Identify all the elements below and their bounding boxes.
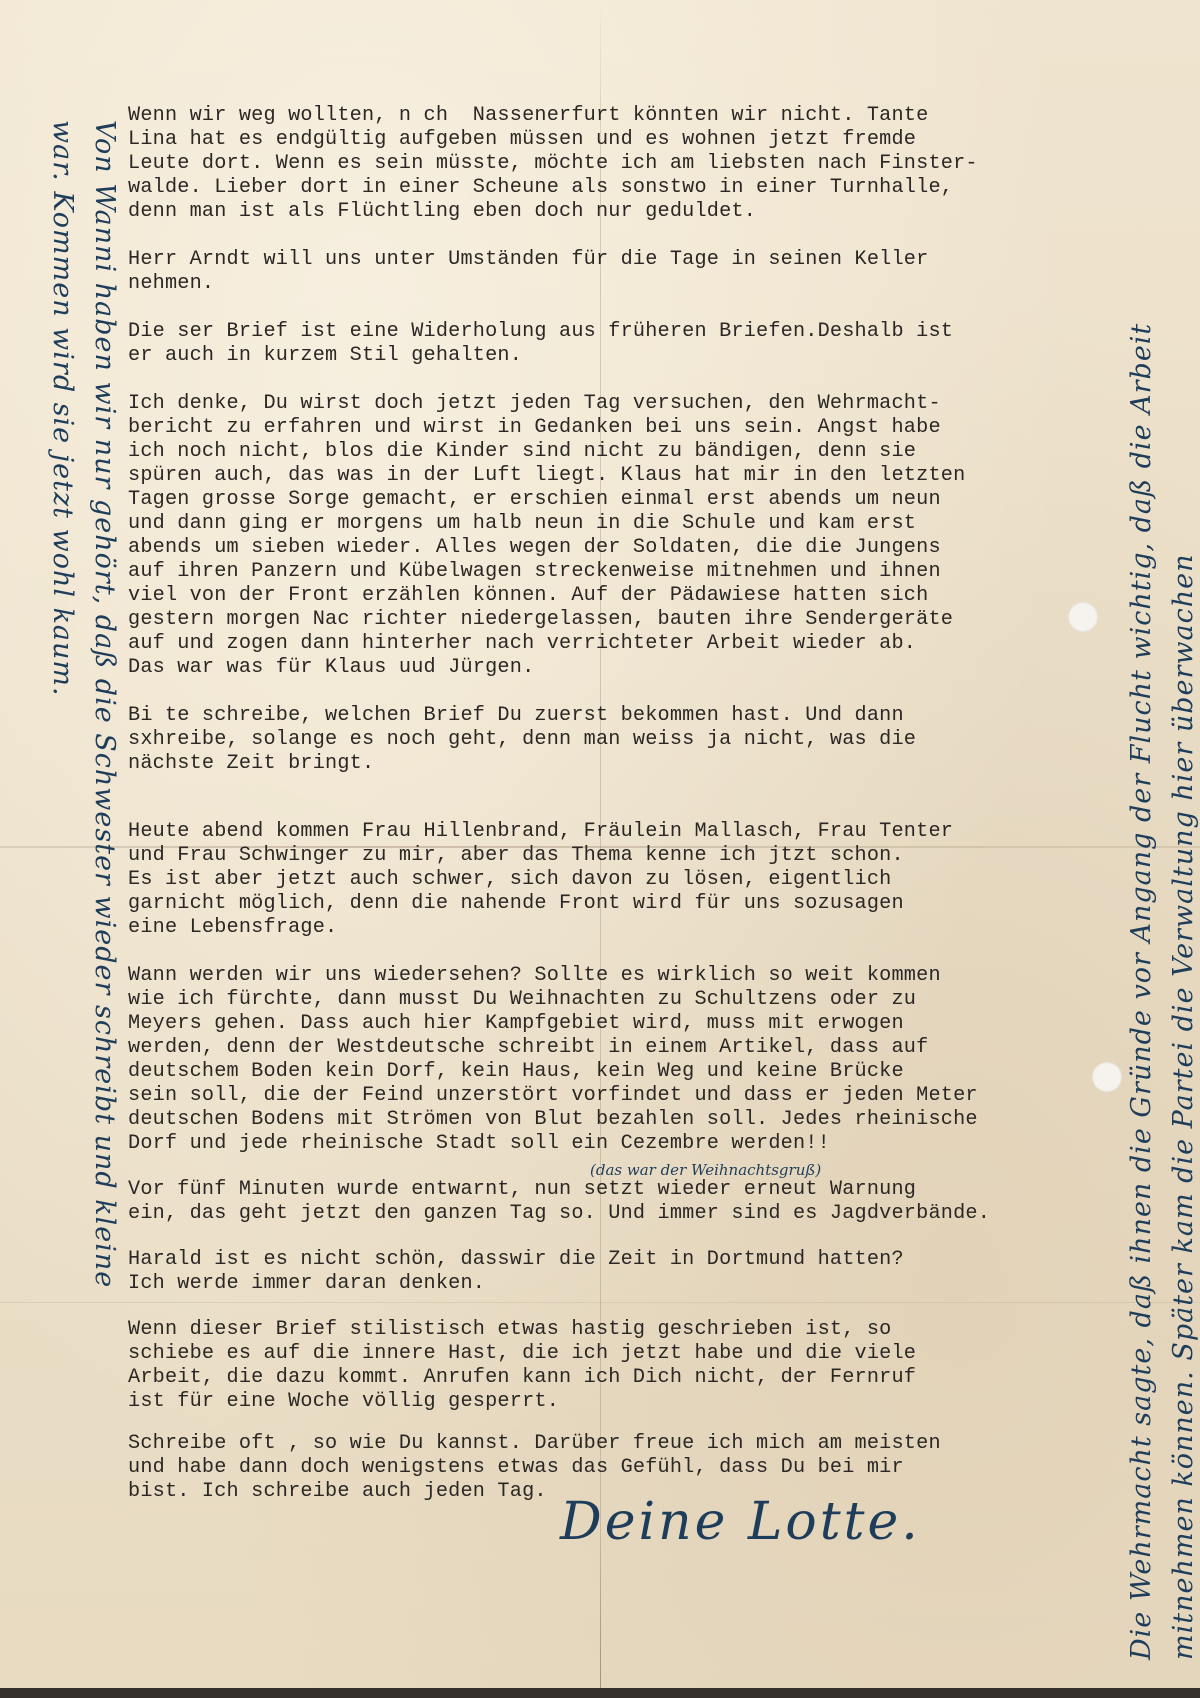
letter-line: Harald ist es nicht schön, dasswir die Z… [128, 1248, 1138, 1272]
letter-paper: Wenn wir weg wollten, n ch Nassenerfurt … [0, 0, 1200, 1688]
margin-note-right: Die Wehrmacht sagte, daß ihnen die Gründ… [1126, 323, 1157, 1660]
letter-line: deutschem Boden kein Dorf, kein Haus, ke… [128, 1060, 1138, 1084]
letter-line: Schreibe oft , so wie Du kannst. Darüber… [128, 1432, 1138, 1456]
letter-line: Wenn dieser Brief stilistisch etwas hast… [128, 1318, 1138, 1342]
letter-paragraph: Ich denke, Du wirst doch jetzt jeden Tag… [128, 392, 1138, 680]
handwritten-annotation: (das war der Weihnachtsgruß) [590, 1161, 821, 1179]
letter-line: walde. Lieber dort in einer Scheune als … [128, 176, 1138, 200]
letter-line: Ich denke, Du wirst doch jetzt jeden Tag… [128, 392, 1138, 416]
letter-paragraph: Heute abend kommen Frau Hillenbrand, Frä… [128, 820, 1138, 940]
letter-line: ich noch nicht, blos die Kinder sind nic… [128, 440, 1138, 464]
letter-line: auf und zogen dann hinterher nach verric… [128, 632, 1138, 656]
signature: Deine Lotte. [560, 1492, 921, 1552]
typewritten-letter-body: Wenn wir weg wollten, n ch Nassenerfurt … [128, 104, 1138, 1514]
letter-line: nächste Zeit bringt. [128, 752, 1138, 776]
letter-line: Lina hat es endgültig aufgeben müssen un… [128, 128, 1138, 152]
letter-line: sein soll, die der Feind unzerstört vorf… [128, 1084, 1138, 1108]
letter-line: eine Lebensfrage. [128, 916, 1138, 940]
letter-paragraph: Harald ist es nicht schön, dasswir die Z… [128, 1248, 1138, 1296]
letter-line: und Frau Schwinger zu mir, aber das Them… [128, 844, 1138, 868]
letter-paragraph: Herr Arndt will uns unter Umständen für … [128, 248, 1138, 296]
margin-note-left: war. Kommen wird sie jetzt wohl kaum. [47, 120, 78, 697]
letter-line: er auch in kurzem Stil gehalten. [128, 344, 1138, 368]
letter-line: Bi te schreibe, welchen Brief Du zuerst … [128, 704, 1138, 728]
letter-line: garnicht möglich, denn die nahende Front… [128, 892, 1138, 916]
letter-line: wie ich fürchte, dann musst Du Weihnacht… [128, 988, 1138, 1012]
letter-line: werden, denn der Westdeutsche schreibt i… [128, 1036, 1138, 1060]
letter-line: und habe dann doch wenigstens etwas das … [128, 1456, 1138, 1480]
letter-paragraph: Wenn wir weg wollten, n ch Nassenerfurt … [128, 104, 1138, 224]
letter-paragraph: Wann werden wir uns wiedersehen? Sollte … [128, 964, 1138, 1156]
letter-line: sxhreibe, solange es noch geht, denn man… [128, 728, 1138, 752]
letter-paragraph: Bi te schreibe, welchen Brief Du zuerst … [128, 704, 1138, 776]
letter-paragraph: Vor fünf Minuten wurde entwarnt, nun set… [128, 1178, 1138, 1226]
letter-line: spüren auch, das was in der Luft liegt. … [128, 464, 1138, 488]
letter-line: Meyers gehen. Dass auch hier Kampfgebiet… [128, 1012, 1138, 1036]
letter-line: bericht zu erfahren und wirst in Gedanke… [128, 416, 1138, 440]
letter-line: denn man ist als Flüchtling eben doch nu… [128, 200, 1138, 224]
letter-line: Herr Arndt will uns unter Umständen für … [128, 248, 1138, 272]
letter-line: viel von der Front erzählen können. Auf … [128, 584, 1138, 608]
letter-line: abends um sieben wieder. Alles wegen der… [128, 536, 1138, 560]
letter-line: Es ist aber jetzt auch schwer, sich davo… [128, 868, 1138, 892]
letter-line: Ich werde immer daran denken. [128, 1272, 1138, 1296]
letter-line: schiebe es auf die innere Hast, die ich … [128, 1342, 1138, 1366]
letter-line: Leute dort. Wenn es sein müsste, möchte … [128, 152, 1138, 176]
letter-line: auf ihren Panzern und Kübelwagen strecke… [128, 560, 1138, 584]
letter-line: ein, das geht jetzt den ganzen Tag so. U… [128, 1202, 1138, 1226]
letter-line: gestern morgen Nac richter niedergelasse… [128, 608, 1138, 632]
letter-line: nehmen. [128, 272, 1138, 296]
letter-line: Arbeit, die dazu kommt. Anrufen kann ich… [128, 1366, 1138, 1390]
letter-line: Dorf und jede rheinische Stadt soll ein … [128, 1132, 1138, 1156]
letter-paragraph: Wenn dieser Brief stilistisch etwas hast… [128, 1318, 1138, 1414]
letter-line: Tagen grosse Sorge gemacht, er erschien … [128, 488, 1138, 512]
letter-line: Das war was für Klaus uud Jürgen. [128, 656, 1138, 680]
letter-line: deutschen Bodens mit Strömen von Blut be… [128, 1108, 1138, 1132]
letter-line: Wenn wir weg wollten, n ch Nassenerfurt … [128, 104, 1138, 128]
letter-line: Vor fünf Minuten wurde entwarnt, nun set… [128, 1178, 1138, 1202]
letter-line: Heute abend kommen Frau Hillenbrand, Frä… [128, 820, 1138, 844]
margin-note-left: Von Wanni haben wir nur gehört, daß die … [89, 120, 120, 1288]
letter-line: Die ser Brief ist eine Widerholung aus f… [128, 320, 1138, 344]
scan-background-edge [0, 1688, 1200, 1698]
letter-paragraph: Die ser Brief ist eine Widerholung aus f… [128, 320, 1138, 368]
letter-line: und dann ging er morgens um halb neun in… [128, 512, 1138, 536]
margin-note-right: mitnehmen können. Später kam die Partei … [1168, 553, 1199, 1660]
letter-line: ist für eine Woche völlig gesperrt. [128, 1390, 1138, 1414]
letter-line: Wann werden wir uns wiedersehen? Sollte … [128, 964, 1138, 988]
